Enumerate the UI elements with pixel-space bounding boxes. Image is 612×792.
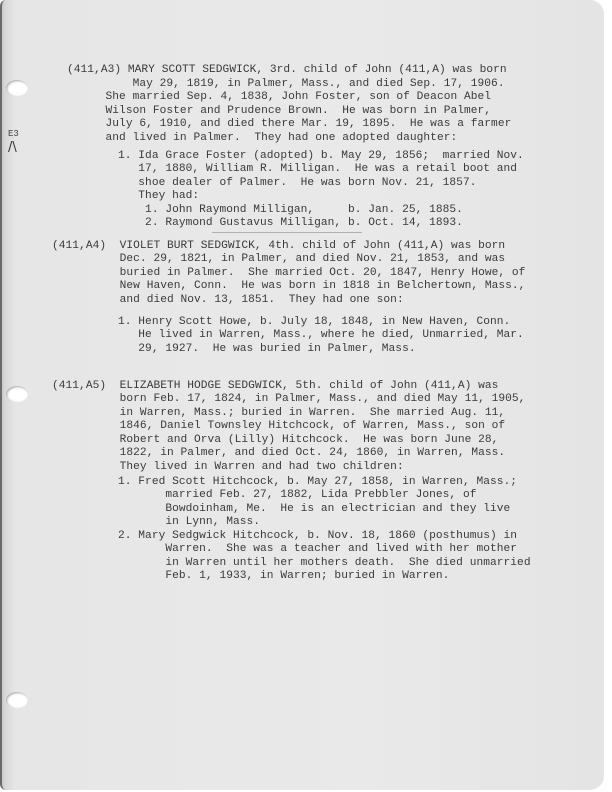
entry-a3-child-line-2: shoe dealer of Palmer. He was born Nov. …: [118, 177, 476, 191]
entry-a5-line-1: born Feb. 17, 1824, in Palmer, Mass., an…: [52, 393, 525, 407]
entry-a5-child-line-7: Feb. 1, 1933, in Warren; buried in Warre…: [118, 570, 449, 584]
entry-a3-line-2: She married Sep. 4, 1838, John Foster, s…: [92, 91, 491, 105]
binder-hole-top: [6, 80, 28, 96]
entry-a3-child-line-3: They had:: [118, 190, 199, 204]
entry-a3-line-4: July 6, 1910, and died there Mar. 19, 18…: [92, 118, 511, 132]
entry-a4-child-line-0: 1. Henry Scott Howe, b. July 18, 1848, i…: [118, 316, 510, 330]
entry-a3-child-line-0: 1. Ida Grace Foster (adopted) b. May 29,…: [118, 150, 524, 164]
entry-a5-line-4: Robert and Orva (Lilly) Hitchcock. He wa…: [52, 434, 498, 448]
entry-a4-child-line-1: He lived in Warren, Mass., where he died…: [118, 329, 524, 343]
entry-a3-line-3: Wilson Foster and Prudence Brown. He was…: [92, 105, 491, 119]
entry-a3-line-0: (411,A3) MARY SCOTT SEDGWICK, 3rd. child…: [67, 64, 507, 78]
entry-a4-line-0: (411,A4) VIOLET BURT SEDGWICK, 4th. chil…: [52, 240, 505, 254]
entry-a3-line-1: May 29, 1819, in Palmer, Mass., and died…: [92, 78, 505, 92]
entry-a3-child-line-4: 1. John Raymond Milligan, b. Jan. 25, 18…: [118, 204, 463, 218]
document-page: E3 /\ (411,A3) MARY SCOTT SEDGWICK, 3rd.…: [0, 0, 604, 790]
binder-hole-middle: [6, 386, 28, 402]
entry-a5-child-line-2: Bowdoinham, Me. He is an electrician and…: [118, 503, 510, 517]
entry-a4-line-1: Dec. 29, 1821, in Palmer, and died Nov. …: [52, 253, 505, 267]
entry-a5-line-6: They lived in Warren and had two childre…: [52, 461, 404, 475]
margin-note: E3: [8, 129, 19, 139]
entry-a5-line-0: (411,A5) ELIZABETH HODGE SEDGWICK, 5th. …: [52, 380, 498, 394]
entry-a4-line-3: New Haven, Conn. He was born in 1818 in …: [52, 280, 525, 294]
separator-line: [212, 232, 362, 233]
entry-a5-child-line-3: in Lynn, Mass.: [118, 516, 260, 530]
entry-a3-child-line-1: 17, 1880, William R. Milligan. He was a …: [118, 163, 517, 177]
entry-a4-child-line-2: 29, 1927. He was buried in Palmer, Mass.: [118, 343, 416, 357]
entry-a5-child-line-5: Warren. She was a teacher and lived with…: [118, 543, 517, 557]
entry-a3-child-line-5: 2. Raymond Gustavus Milligan, b. Oct. 14…: [118, 217, 463, 231]
entry-a5-line-3: 1846, Daniel Townsley Hitchcock, of Warr…: [52, 420, 505, 434]
entry-a3-line-5: and lived in Palmer. They had one adopte…: [92, 132, 457, 146]
entry-a4-line-2: buried in Palmer. She married Oct. 20, 1…: [52, 267, 525, 281]
entry-a5-child-line-6: in Warren until her mothers death. She d…: [118, 557, 531, 571]
entry-a5-line-5: 1822, in Palmer, and died Oct. 24, 1860,…: [52, 447, 505, 461]
entry-a5-line-2: in Warren, Mass.; buried in Warren. She …: [52, 407, 505, 421]
entry-a5-child-line-4: 2. Mary Sedgwick Hitchcock, b. Nov. 18, …: [118, 530, 517, 544]
entry-a4-line-4: and died Nov. 13, 1851. They had one son…: [52, 294, 404, 308]
entry-a5-child-line-1: married Feb. 27, 1882, Lida Prebbler Jon…: [118, 489, 476, 503]
margin-mark: /\: [8, 140, 17, 155]
binder-hole-bottom: [6, 692, 28, 708]
entry-a5-child-line-0: 1. Fred Scott Hitchcock, b. May 27, 1858…: [118, 476, 517, 490]
